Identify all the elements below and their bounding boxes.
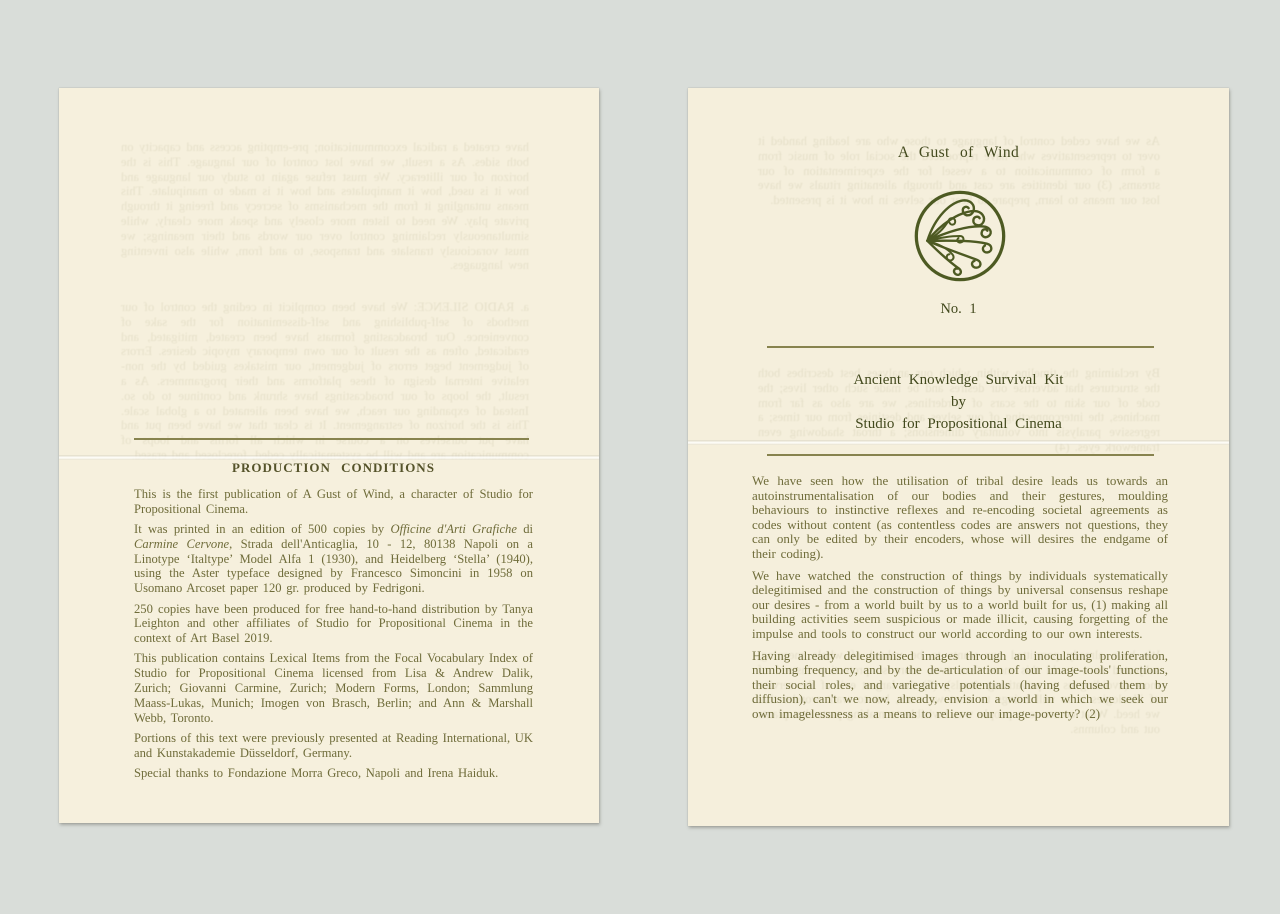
bleedthrough-text-lower: a. RADIO SILENCE: We have been complicit… [121, 300, 529, 472]
scanned-booklet-spread: have created a radical excommunication; … [0, 0, 1280, 914]
right-page: As we have ceded control of language to … [688, 88, 1229, 826]
subtitle-line: by [688, 391, 1229, 413]
divider-rule-bottom [767, 454, 1154, 456]
production-conditions-heading: PRODUCTION CONDITIONS [134, 460, 533, 476]
fold-crease-right [688, 440, 1229, 445]
subtitle-line: Ancient Knowledge Survival Kit [688, 369, 1229, 391]
gust-of-wind-logo-icon [912, 188, 1008, 284]
gust-of-wind-logo [912, 188, 1008, 284]
subtitle-line: Studio for Propositional Cinema [688, 413, 1229, 435]
colophon-paragraphs: This is the first publication of A Gust … [134, 487, 533, 781]
colophon: PRODUCTION CONDITIONS This is the first … [134, 460, 533, 786]
divider-rule-top [767, 346, 1154, 348]
heading-rule [134, 438, 529, 440]
left-page: have created a radical excommunication; … [59, 88, 599, 823]
publication-title: A Gust of Wind [688, 144, 1229, 162]
body-paragraphs: We have seen how the utilisation of trib… [752, 474, 1168, 729]
subtitle: Ancient Knowledge Survival KitbyStudio f… [688, 369, 1229, 435]
bleedthrough-text-upper: have created a radical excommunication; … [121, 140, 529, 282]
issue-number: No. 1 [688, 301, 1229, 318]
